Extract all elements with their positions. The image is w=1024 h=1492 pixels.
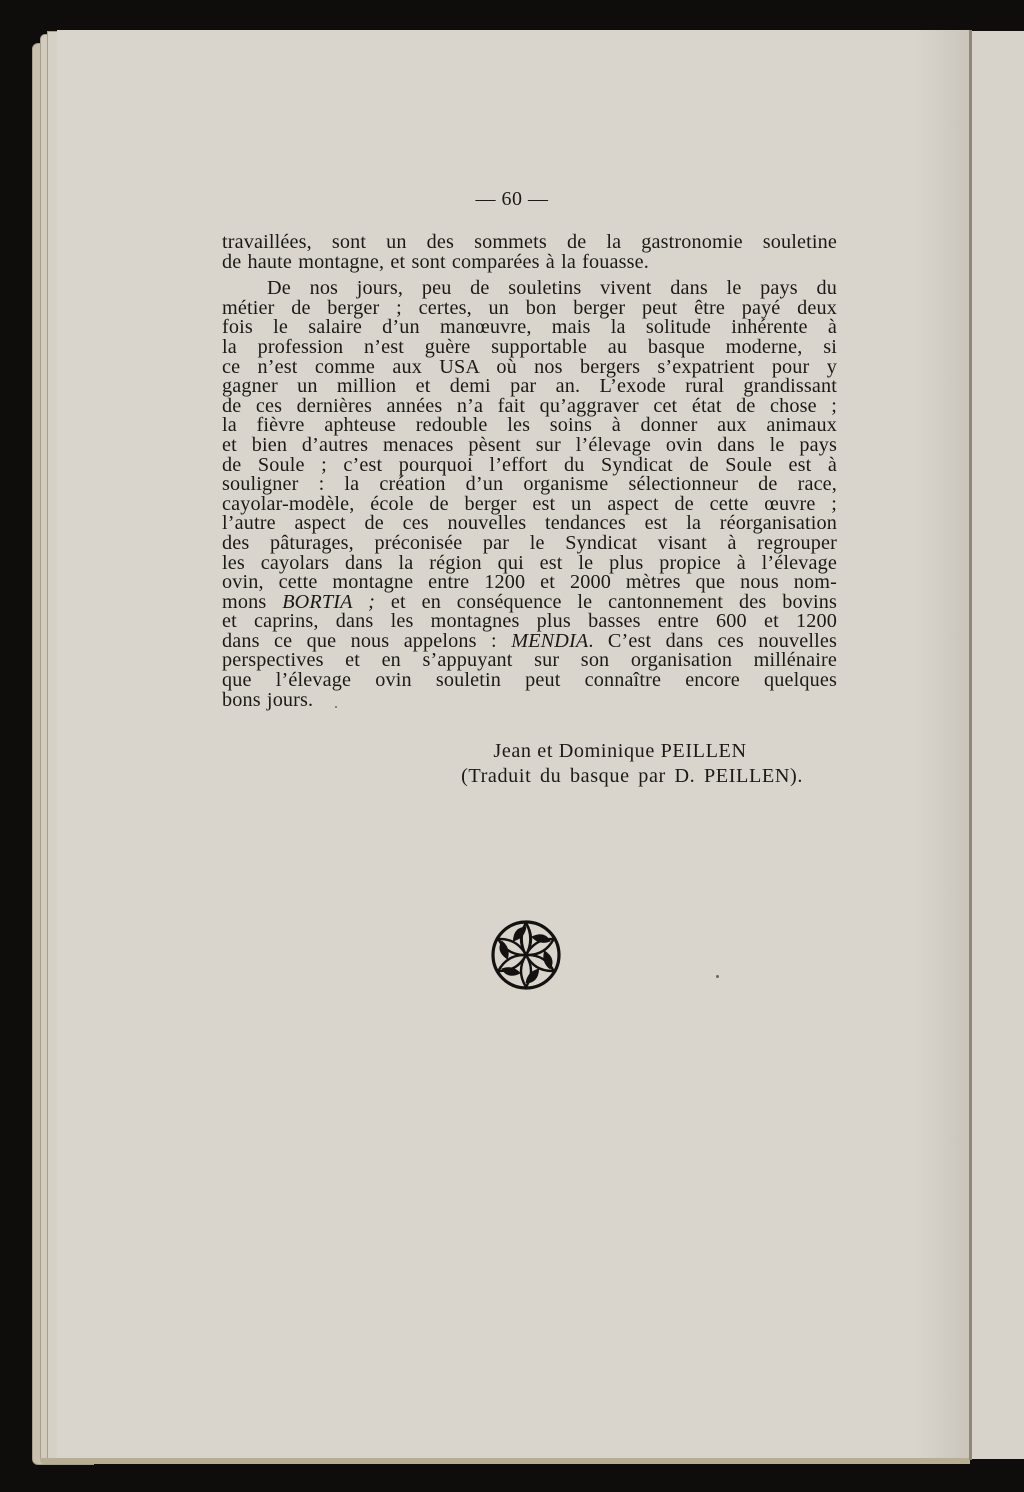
book-page-right-sliver <box>972 31 1024 1459</box>
text-line: et bien d’autres menaces pèsent sur l’él… <box>222 436 837 456</box>
text-line: la fièvre aphteuse redouble les soins à … <box>222 416 837 436</box>
paragraph-1: travaillées, sont un des sommets de la g… <box>222 233 837 272</box>
translator-credit: (Traduit du basque par D. PEILLEN). <box>380 764 820 789</box>
text-line: souligner : la création d’un organisme s… <box>222 475 837 495</box>
paragraph-2: De nos jours, peu de souletins vivent da… <box>222 279 837 710</box>
text-line: bons jours. <box>222 691 837 711</box>
text-line: de haute montagne, et sont comparées à l… <box>222 253 837 273</box>
page-bottom-edge <box>40 1458 970 1464</box>
page-number: — 60 — <box>0 188 1024 211</box>
text-line: travaillées, sont un des sommets de la g… <box>222 233 837 253</box>
text-line: gagner un million et demi par an. L’exod… <box>222 377 837 397</box>
paper-speck <box>335 706 337 708</box>
basque-rosette-icon <box>486 915 566 995</box>
author-names: Jean et Dominique PEILLEN <box>380 739 820 764</box>
paper-speck <box>716 975 719 978</box>
text-line: que l’élevage ovin souletin peut connaît… <box>222 671 837 691</box>
text-line: l’autre aspect de ces nouvelles tendance… <box>222 514 837 534</box>
text-line: la profession n’est guère supportable au… <box>222 338 837 358</box>
signature-block: Jean et Dominique PEILLEN (Traduit du ba… <box>380 739 820 789</box>
text-line: des pâturages, préconisée par le Syndica… <box>222 534 837 554</box>
article-body: travaillées, sont un des sommets de la g… <box>222 233 837 710</box>
text-line: De nos jours, peu de souletins vivent da… <box>222 279 837 299</box>
